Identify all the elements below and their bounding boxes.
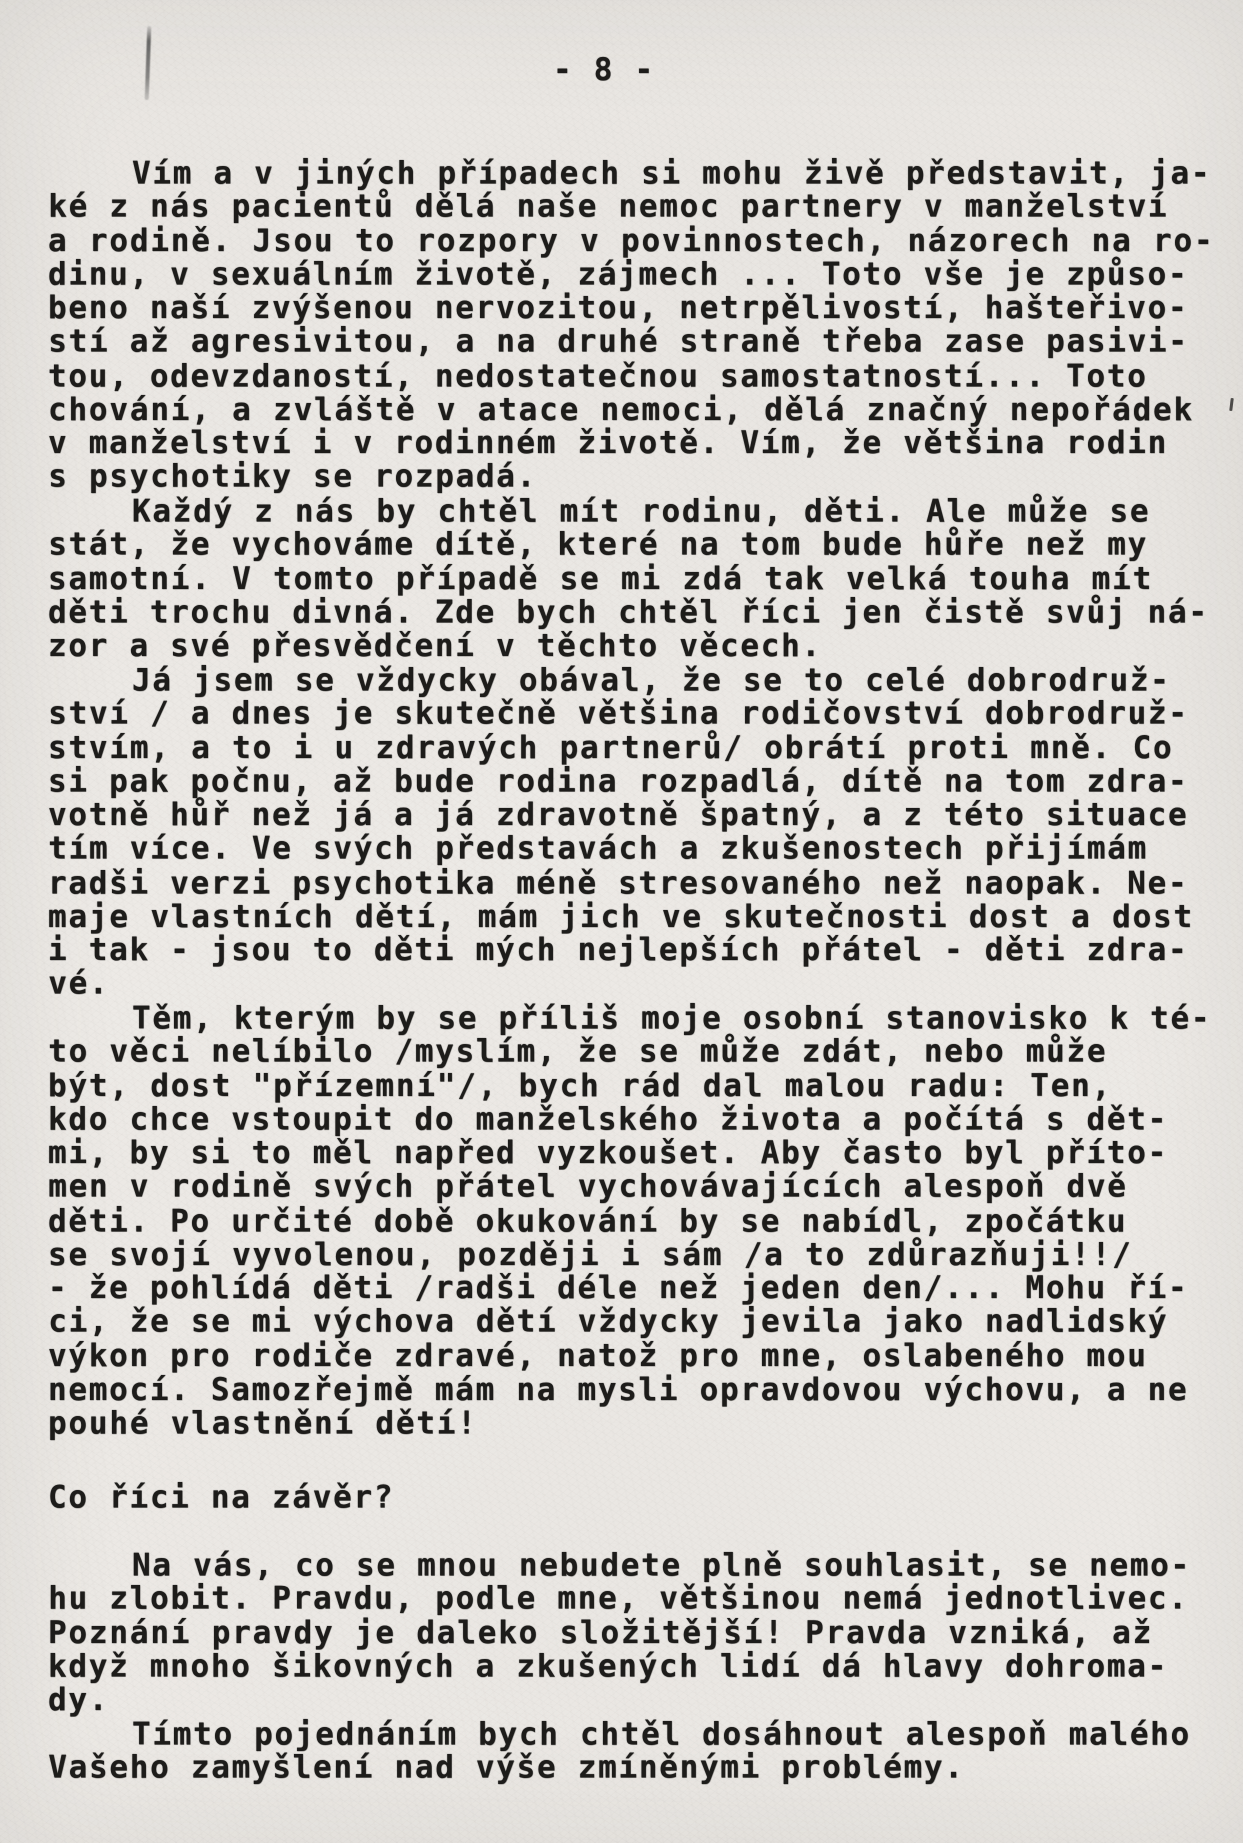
text-line: stát, že vychováme dítě, které na tom bu…: [48, 528, 1233, 562]
text-line: kdo chce vstoupit do manželského života …: [48, 1104, 1233, 1138]
text-line: samotní. V tomto případě se mi zdá tak v…: [48, 563, 1233, 597]
text-line: mi, by si to měl napřed vyzkoušet. Aby č…: [48, 1137, 1233, 1171]
text-line: maje vlastních dětí, mám jich ve skutečn…: [48, 901, 1233, 935]
text-line: dinu, v sexuálním životě, zájmech ... To…: [48, 259, 1233, 293]
text-line: Vím a v jiných případech si mohu živě př…: [48, 158, 1233, 192]
text-line: beno naší zvýšenou nervozitou, netrpěliv…: [48, 292, 1233, 326]
text-line: tou, odevzdaností, nedostatečnou samosta…: [48, 360, 1233, 394]
text-line: Vašeho zamyšlení nad výše zmíněnými prob…: [48, 1751, 1233, 1785]
text-line: s psychotiky se rozpadá.: [48, 461, 1233, 495]
text-line: a rodině. Jsou to rozpory v povinnostech…: [48, 225, 1233, 259]
text-line: stí až agresivitou, a na druhé straně tř…: [48, 326, 1233, 360]
paragraph: Co říci na závěr?: [48, 1481, 1233, 1515]
text-line: pouhé vlastnění dětí!: [48, 1408, 1233, 1442]
paragraph: Těm, kterým by se příliš moje osobní sta…: [48, 1002, 1233, 1441]
text-line: tím více. Ve svých představách a zkušeno…: [48, 833, 1233, 867]
text-line: Každý z nás by chtěl mít rodinu, děti. A…: [48, 495, 1233, 529]
text-line: hu zlobit. Pravdu, podle mne, většinou n…: [48, 1582, 1233, 1616]
text-line: v manželství i v rodinném životě. Vím, ž…: [48, 427, 1233, 461]
text-line: votně hůř než já a já zdravotně špatný, …: [48, 799, 1233, 833]
paragraph: Tímto pojednáním bych chtěl dosáhnout al…: [48, 1718, 1233, 1786]
text-line: Poznání pravdy je daleko složitější! Pra…: [48, 1617, 1233, 1651]
text-line: Co říci na závěr?: [48, 1482, 1233, 1516]
text-line: Já jsem se vždycky obával, že se to celé…: [48, 664, 1233, 698]
paragraph: Já jsem se vždycky obával, že se to celé…: [48, 664, 1233, 1002]
text-line: ci, že se mi výchova dětí vždycky jevila…: [48, 1306, 1233, 1340]
text-body: Vím a v jiných případech si mohu živě př…: [48, 0, 1233, 1786]
text-line: radši verzi psychotika méně stresovaného…: [48, 867, 1233, 901]
paragraph: Vím a v jiných případech si mohu živě př…: [48, 157, 1233, 495]
text-line: to věci nelíbilo /myslím, že se může zdá…: [48, 1035, 1233, 1069]
text-line: stvím, a to i u zdravých partnerů/ obrát…: [48, 732, 1233, 766]
text-line: děti trochu divná. Zde bych chtěl říci j…: [48, 597, 1233, 631]
scanned-typewritten-page: - 8 - Vím a v jiných případech si mohu ž…: [0, 0, 1243, 1843]
text-line: - že pohlídá děti /radši déle než jeden …: [48, 1272, 1233, 1306]
text-line: když mnoho šikovných a zkušených lidí dá…: [48, 1651, 1233, 1685]
text-line: ké z nás pacientů dělá naše nemoc partne…: [48, 190, 1233, 224]
text-line: děti. Po určité době okukování by se nab…: [48, 1205, 1233, 1239]
paragraph: Každý z nás by chtěl mít rodinu, děti. A…: [48, 495, 1233, 664]
text-line: nemocí. Samozřejmě mám na mysli opravdov…: [48, 1374, 1233, 1408]
text-line: výkon pro rodiče zdravé, natož pro mne, …: [48, 1340, 1233, 1374]
paragraph: Na vás, co se mnou nebudete plně souhlas…: [48, 1549, 1233, 1718]
text-line: men v rodině svých přátel vychovávajícíc…: [48, 1171, 1233, 1205]
text-line: Tímto pojednáním bych chtěl dosáhnout al…: [48, 1719, 1233, 1753]
text-line: být, dost "přízemní"/, bych rád dal malo…: [48, 1070, 1233, 1104]
text-line: Na vás, co se mnou nebudete plně souhlas…: [48, 1550, 1233, 1584]
text-line: vé.: [48, 968, 1233, 1002]
text-line: i tak - jsou to děti mých nejlepších přá…: [48, 934, 1233, 968]
text-line: si pak počnu, až bude rodina rozpadlá, d…: [48, 766, 1233, 800]
text-line: ství / a dnes je skutečně většina rodičo…: [48, 697, 1233, 731]
text-line: chování, a zvláště v atace nemoci, dělá …: [48, 394, 1233, 428]
text-line: Těm, kterým by se příliš moje osobní sta…: [48, 1002, 1233, 1036]
text-line: dy.: [48, 1684, 1233, 1718]
text-line: se svojí vyvolenou, později i sám /a to …: [48, 1239, 1233, 1273]
text-line: zor a své přesvědčení v těchto věcech.: [48, 630, 1233, 664]
